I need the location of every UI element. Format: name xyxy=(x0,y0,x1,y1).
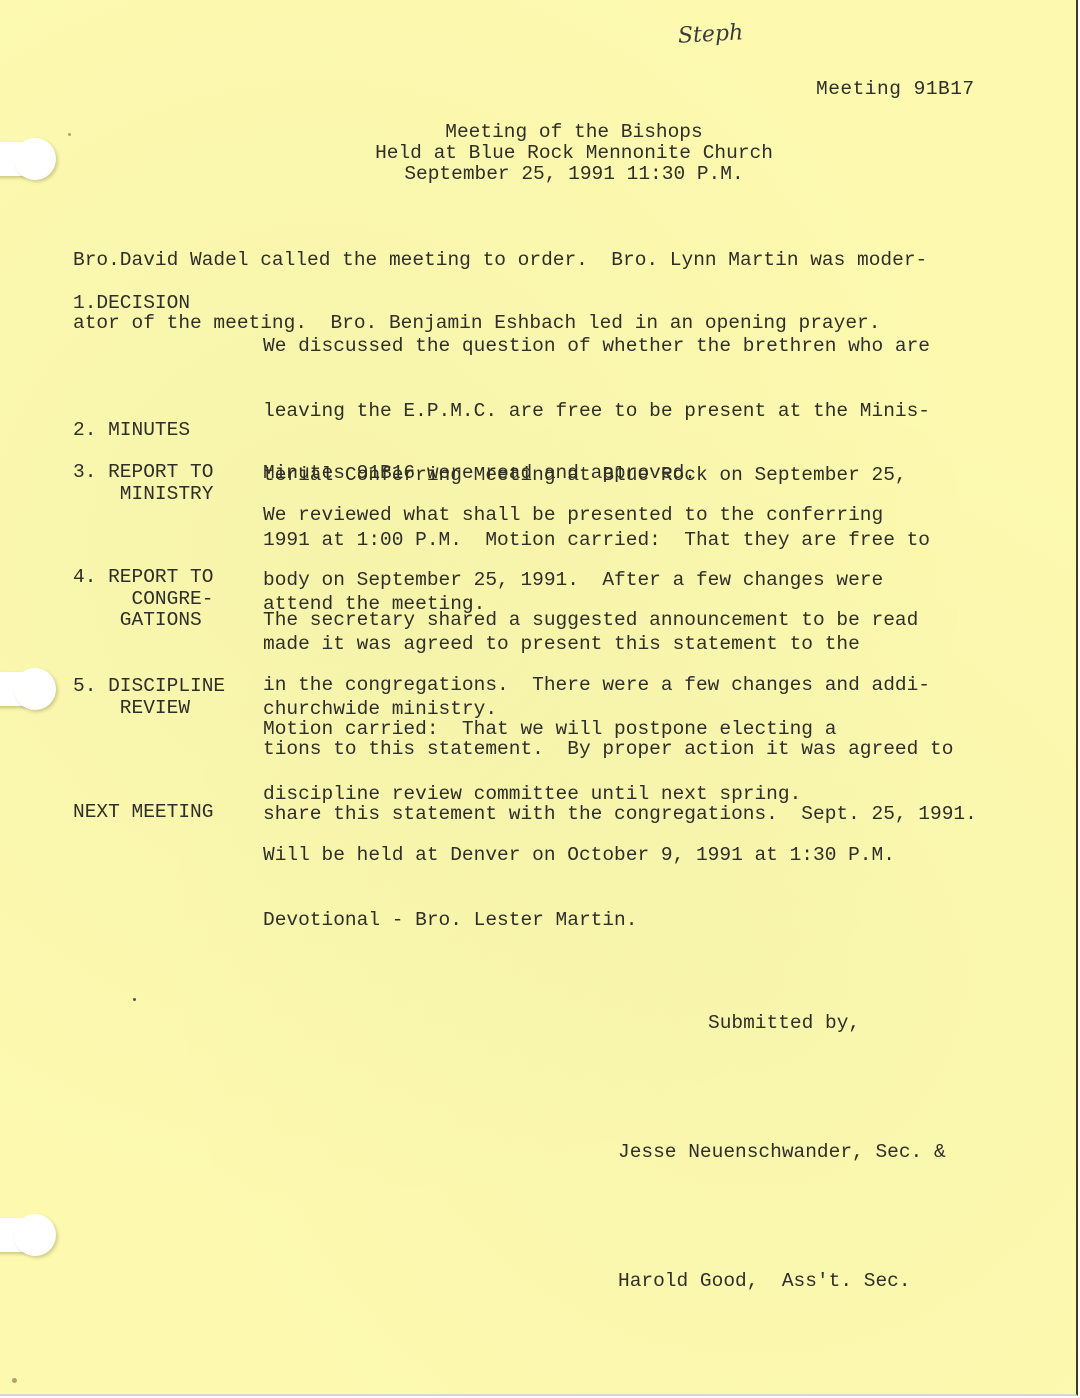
paper-speck xyxy=(12,1378,17,1383)
item-label: 4. REPORT TO CONGRE- GATIONS xyxy=(73,567,253,632)
assistant-secretary-name: Harold Good, Ass't. Sec. xyxy=(618,1260,946,1303)
handwritten-note: Steph xyxy=(677,20,743,48)
item-line: leaving the E.P.M.C. are free to be pres… xyxy=(263,401,930,423)
item-line: We discussed the question of whether the… xyxy=(263,336,930,358)
item-label: 1.DECISION xyxy=(73,293,253,315)
item-label: NEXT MEETING xyxy=(73,802,253,824)
item-label: 5. DISCIPLINE REVIEW xyxy=(73,676,253,719)
heading-location: Held at Blue Rock Mennonite Church xyxy=(72,143,1076,164)
document-heading: Meeting of the Bishops Held at Blue Rock… xyxy=(0,122,1076,185)
binder-hole-middle xyxy=(0,672,46,706)
item-line: We reviewed what shall be presented to t… xyxy=(263,505,883,527)
heading-date: September 25, 1991 11:30 P.M. xyxy=(72,164,1076,185)
paper-speck xyxy=(133,998,136,1001)
submitted-by: Submitted by, xyxy=(708,1002,946,1045)
item-label: 3. REPORT TO MINISTRY xyxy=(73,462,253,505)
item-label: 2. MINUTES xyxy=(73,420,253,442)
meeting-number: Meeting 91B17 xyxy=(816,78,975,100)
document-page: Steph Meeting 91B17 Meeting of the Bisho… xyxy=(0,0,1078,1396)
heading-title: Meeting of the Bishops xyxy=(72,122,1076,143)
signoff-block: Submitted by, Jesse Neuenschwander, Sec.… xyxy=(618,916,946,1389)
item-line: Will be held at Denver on October 9, 199… xyxy=(263,845,895,867)
item-line: Motion carried: That we will postpone el… xyxy=(263,719,836,741)
binder-hole-bottom xyxy=(0,1218,46,1252)
item-line: The secretary shared a suggested announc… xyxy=(263,610,977,632)
intro-line: Bro.David Wadel called the meeting to or… xyxy=(73,250,1013,271)
secretary-name: Jesse Neuenschwander, Sec. & xyxy=(618,1131,946,1174)
